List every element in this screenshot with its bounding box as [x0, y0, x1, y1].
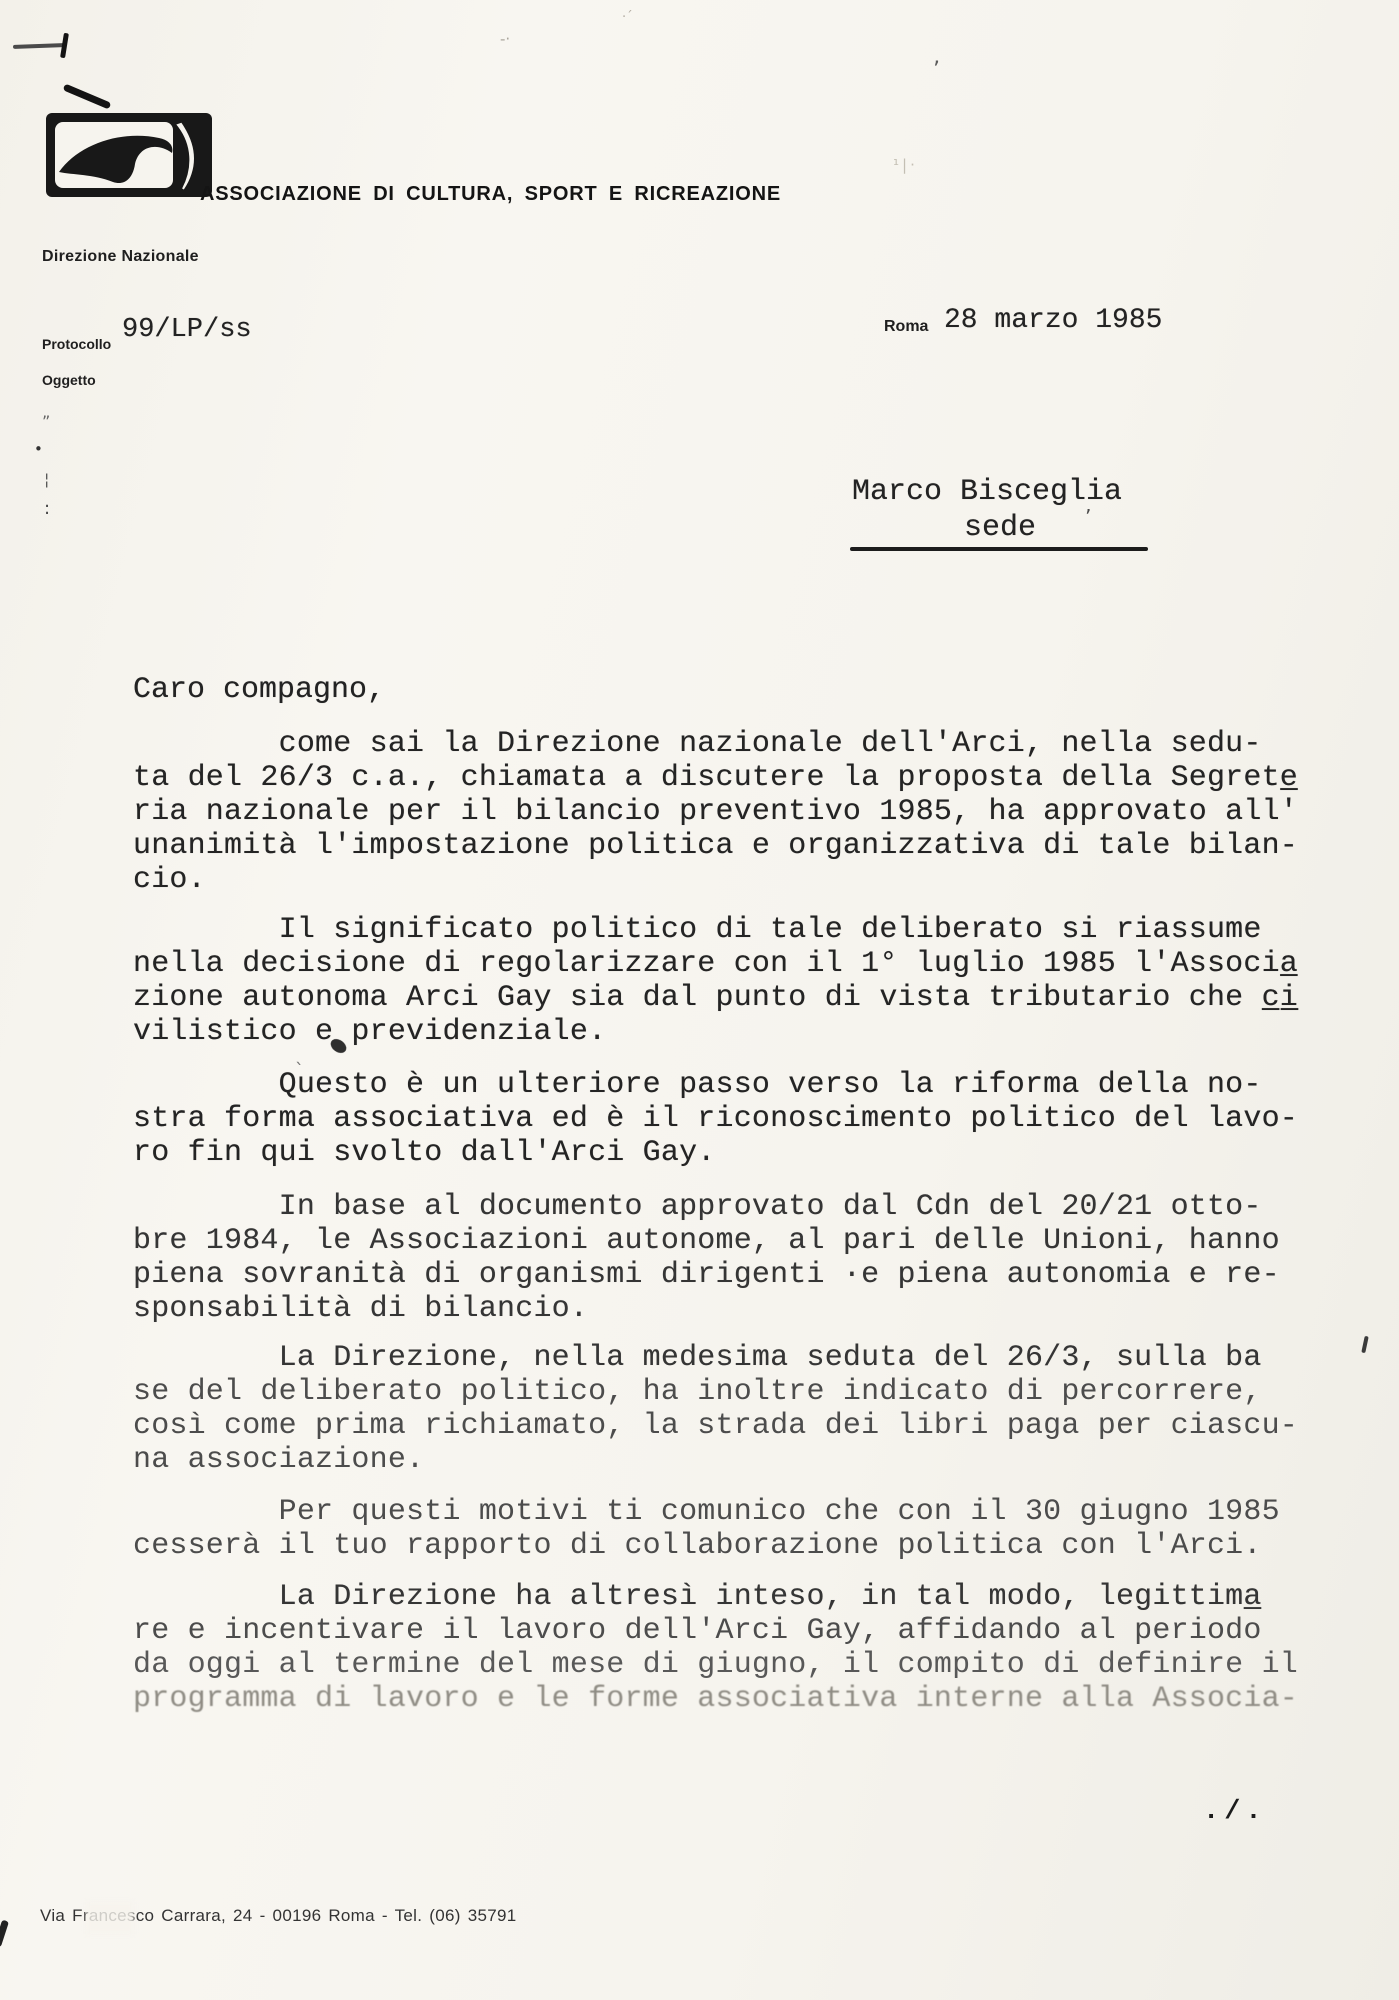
pencil-scribble: ¹|·	[893, 156, 918, 174]
continuation-mark: ./.	[1203, 1797, 1267, 1827]
typewritten-line: Per questi motivi ti comunico che con il…	[133, 1495, 1280, 1529]
subject-label: Oggetto	[42, 372, 96, 388]
recipient-block: Marco Bisceglia sede	[852, 474, 1148, 546]
paragraph-6: Per questi motivi ti comunico che con il…	[133, 1495, 1280, 1563]
typewritten-line: cio.	[133, 863, 1298, 897]
typewritten-line: vilistico e previdenziale.	[133, 1015, 1298, 1049]
typewritten-line: ta del 26/3 c.a., chiamata a discutere l…	[133, 761, 1298, 795]
margin-mark: ¦	[44, 470, 49, 489]
typewritten-line: unanimità l'impostazione politica e orga…	[133, 829, 1298, 863]
stray-ink-tick	[1361, 1336, 1368, 1353]
letter-date: 28 marzo 1985	[944, 305, 1162, 336]
typewritten-line: piena sovranità di organismi dirigenti ·…	[133, 1258, 1280, 1292]
typewritten-line: na associazione.	[133, 1443, 1298, 1477]
paragraph-5: La Direzione, nella medesima seduta del …	[133, 1341, 1298, 1477]
pen-mark-bottom-left	[0, 1920, 9, 1948]
typewritten-line: cesserà il tuo rapporto di collaborazion…	[133, 1529, 1280, 1563]
typewritten-line: La Direzione ha altresì inteso, in tal m…	[133, 1580, 1298, 1614]
typewritten-line: se del deliberato politico, ha inoltre i…	[133, 1375, 1298, 1409]
typewritten-line: ro fin qui svolto dall'Arci Gay.	[133, 1136, 1298, 1170]
typewritten-line: Questo è un ulteriore passo verso la rif…	[133, 1068, 1298, 1102]
pen-mark-tick	[60, 33, 69, 58]
arci-logo	[45, 112, 213, 198]
stray-apostrophe: ’	[933, 58, 940, 83]
typewritten-line: nella decisione di regolarizzare con il …	[133, 947, 1298, 981]
typewritten-line: come sai la Direzione nazionale dell'Arc…	[133, 727, 1298, 761]
salutation: Caro compagno,	[133, 673, 385, 707]
city-label: Roma	[884, 318, 928, 336]
typewritten-line: La Direzione, nella medesima seduta del …	[133, 1341, 1298, 1375]
typewritten-line: zione autonoma Arci Gay sia dal punto di…	[133, 981, 1298, 1015]
recipient-name: Marco Bisceglia	[852, 474, 1148, 510]
typewritten-line: bre 1984, le Associazioni autonome, al p…	[133, 1224, 1280, 1258]
paragraph-4: In base al documento approvato dal Cdn d…	[133, 1190, 1280, 1326]
recipient-location: sede	[852, 510, 1148, 546]
ink-fade-patch	[86, 1902, 134, 1934]
scan-speck: -·	[500, 30, 510, 48]
stray-comma: ’	[1085, 505, 1091, 529]
scanned-letter-page: ASSOCIAZIONE DI CULTURA, SPORT E RICREAZ…	[0, 0, 1399, 2000]
typewritten-line: In base al documento approvato dal Cdn d…	[133, 1190, 1280, 1224]
recipient-underline	[850, 547, 1148, 551]
paragraph-7: La Direzione ha altresì inteso, in tal m…	[133, 1580, 1298, 1716]
scan-speck: ·´	[622, 10, 633, 25]
typewritten-line: così come prima richiamato, la strada de…	[133, 1409, 1298, 1443]
paragraph-2: Il significato politico di tale delibera…	[133, 913, 1298, 1049]
org-name: ASSOCIAZIONE DI CULTURA, SPORT E RICREAZ…	[200, 183, 781, 206]
margin-mark: :	[44, 498, 50, 519]
typewritten-line: Il significato politico di tale delibera…	[133, 913, 1298, 947]
typewritten-line: stra forma associativa ed è il riconosci…	[133, 1102, 1298, 1136]
margin-mark: ”	[42, 412, 50, 431]
paragraph-1: come sai la Direzione nazionale dell'Arc…	[133, 727, 1298, 897]
division-name: Direzione Nazionale	[42, 248, 199, 266]
pen-stroke-grave	[63, 84, 112, 110]
typewritten-line: ria nazionale per il bilancio preventivo…	[133, 795, 1298, 829]
typewritten-line: re e incentivare il lavoro dell'Arci Gay…	[133, 1614, 1298, 1648]
faint-grave-mark: `	[295, 1060, 304, 1081]
typewritten-line: programma di lavoro e le forme associati…	[133, 1682, 1298, 1716]
protocol-label: Protocollo	[42, 336, 111, 352]
typewritten-line: da oggi al termine del mese di giugno, i…	[133, 1648, 1298, 1682]
typewritten-line: sponsabilità di bilancio.	[133, 1292, 1280, 1326]
paragraph-3: Questo è un ulteriore passo verso la rif…	[133, 1068, 1298, 1170]
margin-mark: •	[34, 440, 43, 458]
protocol-number: 99/LP/ss	[122, 315, 252, 345]
pen-mark-horizontal	[13, 43, 65, 49]
